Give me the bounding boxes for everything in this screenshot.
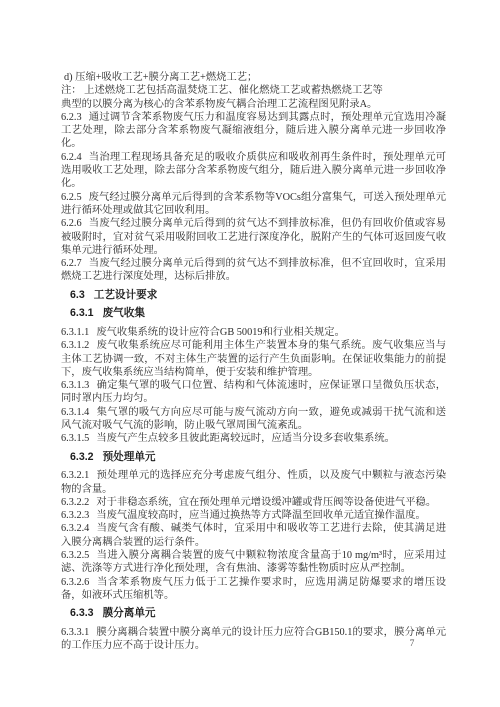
clause-text: 当治理工程现场具备充足的吸收介质供应和吸收剂再生条件时，预处理单元可选用吸收工艺… — [61, 152, 446, 190]
subsection-heading-6-3-1: 6.3.1废气收集 — [70, 307, 446, 321]
clause-number: 6.3.2.4 — [61, 523, 89, 534]
clause-text: 当废气温度较高时，应当通过换热等方式降温至回收单元适宜操作温度。 — [96, 510, 426, 521]
note-line: 注： 上述燃烧工艺包括高温焚烧工艺、催化燃烧工艺或蓄热燃烧工艺等 — [61, 84, 446, 97]
clause-text: 集气罩的吸气方向应尽可能与废气流动方向一致，避免或减弱干扰气流和送风气流对吸气气… — [61, 407, 446, 431]
clause-number: 6.3.3.1 — [61, 627, 89, 638]
clause-6-3-3-1: 6.3.3.1膜分离耦合装置中膜分离单元的设计压力应符合GB150.1的要求，膜… — [61, 626, 446, 653]
clause-6-2-5: 6.2.5废气经过膜分离单元后得到的含苯系物等VOCs组分富集气，可送入预处理单… — [61, 191, 446, 218]
clause-6-3-1-3: 6.3.1.3确定集气罩的吸气口位置、结构和气体流速时，应保证罩口呈微负压状态，… — [61, 379, 446, 406]
subsection-heading-6-3-3: 6.3.3膜分离单元 — [70, 607, 446, 621]
clause-number: 6.3.2.2 — [61, 497, 89, 508]
clause-number: 6.3.2.5 — [61, 550, 89, 561]
clause-6-2-7: 6.2.7当废气经过膜分离单元后得到的贫气达不到排放标准，但不宜回收时，宜采用燃… — [61, 257, 446, 284]
clause-6-3-2-3: 6.3.2.3当废气温度较高时，应当通过换热等方式降温至回收单元适宜操作温度。 — [61, 509, 446, 522]
subsection-number: 6.3.3 — [70, 607, 94, 619]
clause-6-3-1-4: 6.3.1.4集气罩的吸气方向应尽可能与废气流动方向一致，避免或减弱干扰气流和送… — [61, 406, 446, 433]
clause-6-2-3: 6.2.3通过调节含苯系物废气压力和温度容易达到其露点时，预处理单元宜选用冷凝工… — [61, 111, 446, 151]
clause-6-3-2-1: 6.3.2.1预处理单元的选择应充分考虑废气组分、性质，以及废气中颗粒与液态污染… — [61, 469, 446, 496]
page-number: 7 — [402, 638, 422, 650]
clause-text: 当废气经过膜分离单元后得到的贫气达不到排放标准，但仍有回收价值或容易被吸附时，宜… — [61, 218, 446, 256]
clause-number: 6.3.1.3 — [61, 380, 89, 391]
clause-number: 6.2.4 — [61, 152, 82, 163]
list-item-d: d) 压缩+吸收工艺+膜分离工艺+燃烧工艺； — [61, 71, 446, 84]
clause-number: 6.3.1.4 — [61, 407, 89, 418]
clause-6-3-2-5: 6.3.2.5当进入膜分离耦合装置的废气中颗粒物浓度含量高于10 mg/m³时，… — [61, 549, 446, 576]
clause-6-2-4: 6.2.4当治理工程现场具备充足的吸收介质供应和吸收剂再生条件时，预处理单元可选… — [61, 151, 446, 191]
subsection-number: 6.3.2 — [70, 451, 94, 463]
clause-number: 6.2.7 — [61, 258, 82, 269]
clause-text: 当含苯系物废气压力低于工艺操作要求时，应选用满足防爆要求的增压设备，如液环式压缩… — [61, 577, 446, 601]
clause-text: 废气经过膜分离单元后得到的含苯系物等VOCs组分富集气，可送入预处理单元进行循环… — [61, 192, 446, 216]
subsection-title: 膜分离单元 — [103, 607, 156, 619]
subsection-title: 废气收集 — [103, 307, 145, 319]
document-content: d) 压缩+吸收工艺+膜分离工艺+燃烧工艺； 注： 上述燃烧工艺包括高温焚烧工艺… — [61, 71, 446, 652]
clause-text: 膜分离耦合装置中膜分离单元的设计压力应符合GB150.1的要求，膜分离单元的工作… — [61, 627, 446, 651]
document-page: d) 压缩+吸收工艺+膜分离工艺+燃烧工艺； 注： 上述燃烧工艺包括高温焚烧工艺… — [0, 0, 500, 707]
clause-number: 6.3.1.5 — [61, 433, 89, 444]
clause-6-3-2-2: 6.3.2.2对于非稳态系统，宜在预处理单元增设缓冲罐或背压阀等设备使进气平稳。 — [61, 496, 446, 509]
section-heading-6-3: 6.3工艺设计要求 — [70, 289, 446, 303]
flow-reference-line: 典型的以膜分离为核心的含苯系物废气耦合治理工艺流程图见附录A。 — [61, 98, 446, 111]
clause-number: 6.3.2.6 — [61, 577, 89, 588]
clause-6-2-6: 6.2.6当废气经过膜分离单元后得到的贫气达不到排放标准，但仍有回收价值或容易被… — [61, 217, 446, 257]
clause-number: 6.2.6 — [61, 218, 82, 229]
clause-text: 对于非稳态系统，宜在预处理单元增设缓冲罐或背压阀等设备使进气平稳。 — [96, 497, 436, 508]
clause-text: 废气收集系统应尽可能利用主体生产装置本身的集气系统。废气收集应当与主体工艺协调一… — [61, 340, 446, 378]
clause-text: 通过调节含苯系物废气压力和温度容易达到其露点时，预处理单元宜选用冷凝工艺处理，除… — [61, 112, 446, 150]
subsection-heading-6-3-2: 6.3.2预处理单元 — [70, 451, 446, 465]
section-number: 6.3 — [70, 289, 85, 301]
clause-number: 6.2.5 — [61, 192, 82, 203]
clause-number: 6.3.1.1 — [61, 327, 89, 338]
clause-number: 6.2.3 — [61, 112, 82, 123]
clause-6-3-1-5: 6.3.1.5当废气产生点较多且彼此距离较远时，应适当分设多套收集系统。 — [61, 432, 446, 445]
clause-6-3-2-6: 6.3.2.6当含苯系物废气压力低于工艺操作要求时，应选用满足防爆要求的增压设备… — [61, 576, 446, 603]
section-title: 工艺设计要求 — [94, 289, 158, 301]
clause-6-3-1-2: 6.3.1.2废气收集系统应尽可能利用主体生产装置本身的集气系统。废气收集应当与… — [61, 339, 446, 379]
clause-text: 废气收集系统的设计应符合GB 50019和行业相关规定。 — [96, 327, 345, 338]
clause-text: 确定集气罩的吸气口位置、结构和气体流速时，应保证罩口呈微负压状态，同时罩内压力均… — [61, 380, 446, 404]
clause-text: 当废气经过膜分离单元后得到的贫气达不到排放标准，但不宜回收时，宜采用燃烧工艺进行… — [61, 258, 446, 282]
clause-number: 6.3.2.1 — [61, 470, 89, 481]
clause-number: 6.3.1.2 — [61, 340, 89, 351]
subsection-number: 6.3.1 — [70, 307, 94, 319]
clause-6-3-1-1: 6.3.1.1废气收集系统的设计应符合GB 50019和行业相关规定。 — [61, 326, 446, 339]
clause-text: 预处理单元的选择应充分考虑废气组分、性质，以及废气中颗粒与液态污染物的含量。 — [61, 470, 446, 494]
subsection-title: 预处理单元 — [103, 451, 156, 463]
clause-text: 当废气含有酸、碱类气体时，宜采用中和吸收等工艺进行去除，使其满足进入膜分离耦合装… — [61, 523, 446, 547]
clause-text: 当进入膜分离耦合装置的废气中颗粒物浓度含量高于10 mg/m³时，应采用过滤、洗… — [61, 550, 446, 574]
clause-6-3-2-4: 6.3.2.4当废气含有酸、碱类气体时，宜采用中和吸收等工艺进行去除，使其满足进… — [61, 522, 446, 549]
clause-text: 当废气产生点较多且彼此距离较远时，应适当分设多套收集系统。 — [96, 433, 395, 444]
clause-number: 6.3.2.3 — [61, 510, 89, 521]
